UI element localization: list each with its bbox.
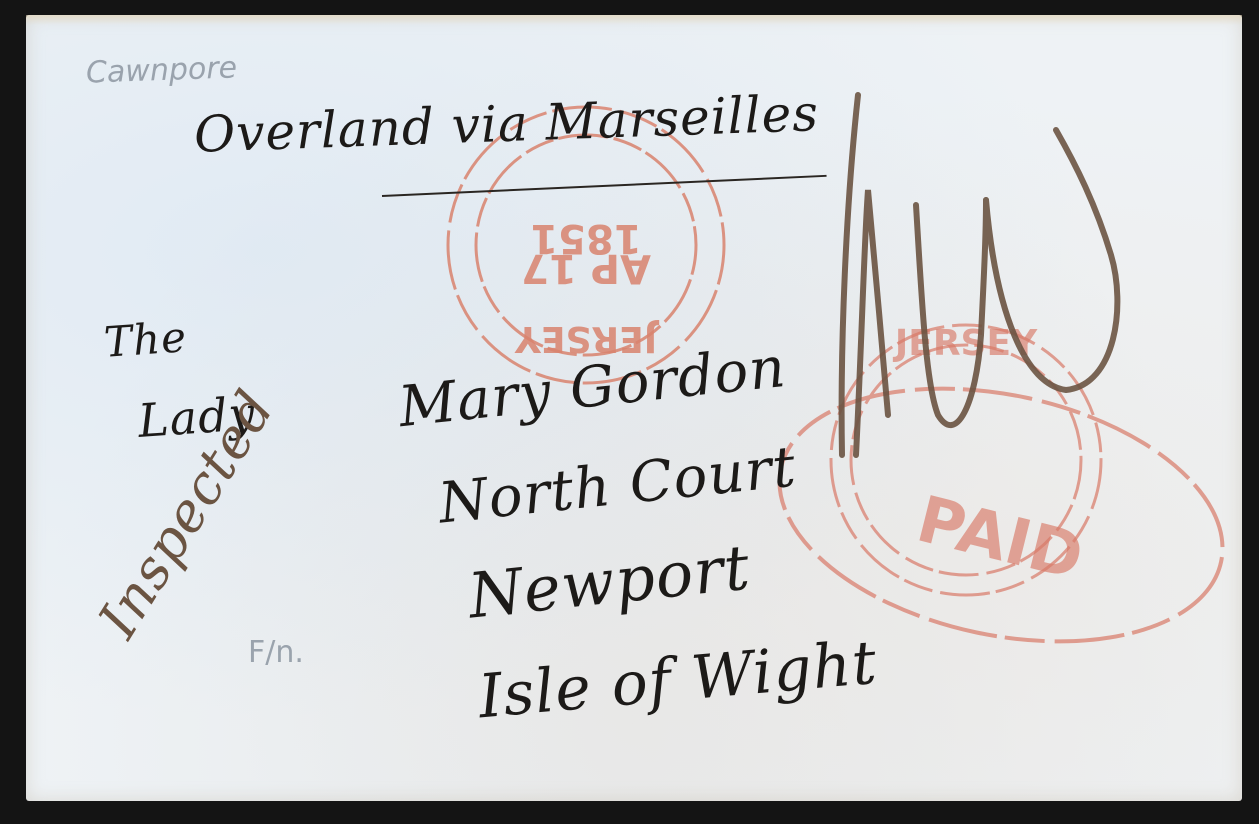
pencil-origin-note: Cawnpore (85, 50, 237, 90)
manuscript-rate-mark (826, 85, 1156, 485)
address-line-1: The (102, 312, 188, 367)
pencil-note: F/n. (248, 635, 304, 670)
address-county: Isle of Wight (476, 628, 880, 733)
oval-postmark-main: PAID (910, 483, 1090, 595)
envelope-cover: Cawnpore 1851 AP 17 JERSEY JERSEY PAID O… (26, 15, 1242, 801)
postmark-date: AP 17 (521, 245, 651, 291)
address-town: Newport (465, 530, 754, 632)
paper-edge-toning (26, 15, 1242, 25)
address-house: North Court (436, 434, 800, 536)
